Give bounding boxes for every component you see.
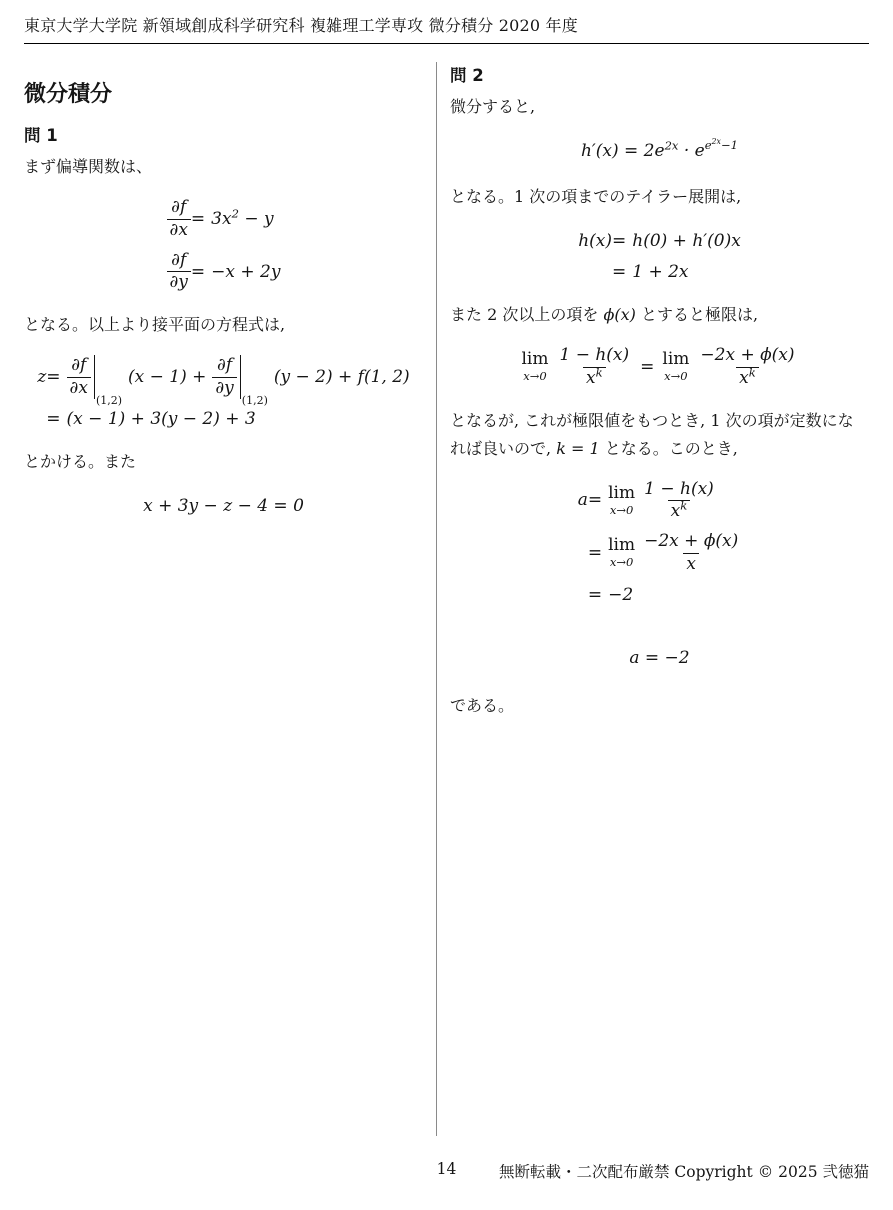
superscript: e2x−1 <box>705 138 738 152</box>
denominator: x <box>683 553 699 575</box>
document-page: 東京大学大学院 新領域創成科学研究科 複雑理工学専攻 微分積分 2020 年度 … <box>0 0 893 1210</box>
math-expression: h(0) + h′(0)x <box>632 230 741 252</box>
question-1-label: 問 1 <box>24 124 423 147</box>
numerator: ∂f <box>68 355 89 376</box>
fraction-df-dx: ∂f ∂x <box>167 197 191 241</box>
fraction-df-dx: ∂f ∂x <box>67 355 91 399</box>
equals-sign: = <box>588 584 602 606</box>
superscript: 2 <box>232 207 239 221</box>
equation-plane: x + 3y − z − 4 = 0 <box>24 492 423 520</box>
superscript: k <box>596 365 603 379</box>
numerator: ∂f <box>214 355 235 376</box>
fraction: 1 − h(x) xk <box>641 479 717 523</box>
paragraph-differentiate: 微分すると, <box>450 93 869 121</box>
limit-subscript: x→0 <box>610 557 633 569</box>
equals-sign: = <box>191 261 205 283</box>
limit-operator: lim x→0 <box>521 351 548 383</box>
left-column: 微分積分 問 1 まず偏導関数は、 ∂f ∂x = 3x2 − y <box>24 44 436 538</box>
denominator: xk <box>583 367 606 389</box>
denominator: xk <box>668 500 691 522</box>
fraction: −2x + ϕ(x) xk <box>697 345 797 389</box>
superscript: k <box>680 498 687 512</box>
math-expression: a <box>578 489 588 511</box>
superscript: k <box>749 365 756 379</box>
inline-math-k: k = 1 <box>556 439 599 458</box>
numerator: −2x + ϕ(x) <box>641 531 741 552</box>
evaluation-bar <box>240 355 241 399</box>
math-expression: −x + 2y <box>211 261 280 283</box>
limit-operator: lim x→0 <box>662 351 689 383</box>
right-column: 問 2 微分すると, h′(x) = 2e2x · ee2x−1 となる。1 次… <box>437 44 869 722</box>
equals-sign: = <box>46 366 60 388</box>
equation-taylor: h(x) = h(0) + h′(0)x = 1 + 2x <box>450 227 869 283</box>
header-title: 東京大学大学院 新領域創成科学研究科 複雑理工学専攻 微分積分 2020 年度 <box>24 13 869 36</box>
equals-sign: = <box>640 356 654 378</box>
evaluated-fraction-df-dx: ∂f ∂x (1,2) <box>67 355 122 399</box>
question-2-label: 問 2 <box>450 64 869 87</box>
denominator: ∂y <box>167 271 191 293</box>
math-expression: x + 3y − z − 4 = 0 <box>143 496 304 516</box>
paragraph-taylor: となる。1 次の項までのテイラー展開は, <box>450 183 869 211</box>
fraction-df-dy: ∂f ∂y <box>212 355 236 399</box>
copyright-notice: 無断転載・二次配布厳禁 Copyright © 2025 弐徳猫 <box>499 1160 869 1182</box>
page-footer: 14 無断転載・二次配布厳禁 Copyright © 2025 弐徳猫 <box>0 1160 893 1190</box>
paragraph-end: である。 <box>450 692 869 720</box>
equation-tangent-plane: z = ∂f ∂x (1,2) (x − 1) + <box>24 355 423 430</box>
paragraph-phi: また 2 次以上の項を ϕ(x) とすると極限は, <box>450 301 869 329</box>
two-column-body: 微分積分 問 1 まず偏導関数は、 ∂f ∂x = 3x2 − y <box>0 44 893 1136</box>
math-expression: (x − 1) + <box>128 366 206 388</box>
section-title: 微分積分 <box>24 82 423 108</box>
paragraph-tangent-intro: となる。以上より接平面の方程式は, <box>24 311 423 339</box>
equation-h-prime: h′(x) = 2e2x · ee2x−1 <box>450 137 869 165</box>
nested-superscript: 2x <box>712 138 721 147</box>
page-header: 東京大学大学院 新領域創成科学研究科 複雑理工学専攻 微分積分 2020 年度 <box>0 0 893 44</box>
denominator: xk <box>736 367 759 389</box>
equation-partial-derivatives: ∂f ∂x = 3x2 − y ∂f ∂y <box>24 197 423 293</box>
numerator: 1 − h(x) <box>556 345 632 366</box>
equation-a-derivation: a = lim x→0 1 − h(x) xk <box>450 479 869 606</box>
numerator: −2x + ϕ(x) <box>697 345 797 366</box>
equals-sign: = <box>46 408 60 430</box>
evaluation-point: (1,2) <box>242 395 268 406</box>
equals-sign: = <box>612 261 626 283</box>
equals-sign: = <box>191 208 205 230</box>
equation-limit: lim x→0 1 − h(x) xk = lim x→0 −2x + ϕ(x) <box>450 345 869 389</box>
math-expression: (y − 2) + f(1, 2) <box>274 366 410 388</box>
math-expression: (x − 1) + 3(y − 2) + 3 <box>67 408 256 430</box>
equals-sign: = <box>588 489 602 511</box>
math-expression: h′(x) = 2e2x · ee2x−1 <box>581 141 738 161</box>
evaluation-point: (1,2) <box>96 395 122 406</box>
numerator: ∂f <box>168 250 189 271</box>
superscript: 2x <box>665 138 679 152</box>
denominator: ∂x <box>67 377 91 399</box>
paragraph-also: とかける。また <box>24 448 423 476</box>
math-expression: a = −2 <box>629 648 689 668</box>
fraction: 1 − h(x) xk <box>556 345 632 389</box>
evaluated-fraction-df-dy: ∂f ∂y (1,2) <box>212 355 267 399</box>
equals-sign: = <box>588 542 602 564</box>
paragraph-partials-intro: まず偏導関数は、 <box>24 153 423 181</box>
math-expression: −2 <box>608 584 633 606</box>
limit-subscript: x→0 <box>610 505 633 517</box>
inline-math-phi: ϕ(x) <box>603 305 635 324</box>
math-expression: h(x) <box>578 230 612 252</box>
page-number: 14 <box>437 1160 457 1178</box>
denominator: ∂x <box>167 219 191 241</box>
equation-answer: a = −2 <box>450 644 869 672</box>
paragraph-k: となるが, これが極限値をもつとき, 1 次の項が定数になれば良いので, k =… <box>450 407 869 463</box>
numerator: ∂f <box>168 197 189 218</box>
equals-sign: = <box>612 230 626 252</box>
numerator: 1 − h(x) <box>641 479 717 500</box>
limit-subscript: x→0 <box>523 371 546 383</box>
limit-operator: lim x→0 <box>608 537 635 569</box>
limit-operator: lim x→0 <box>608 485 635 517</box>
math-expression: z <box>37 366 46 388</box>
evaluation-bar <box>94 355 95 399</box>
denominator: ∂y <box>212 377 236 399</box>
fraction: −2x + ϕ(x) x <box>641 531 741 575</box>
math-expression: 1 + 2x <box>632 261 688 283</box>
fraction-df-dy: ∂f ∂y <box>167 250 191 294</box>
math-expression: 3x2 − y <box>211 208 273 230</box>
limit-subscript: x→0 <box>664 371 687 383</box>
